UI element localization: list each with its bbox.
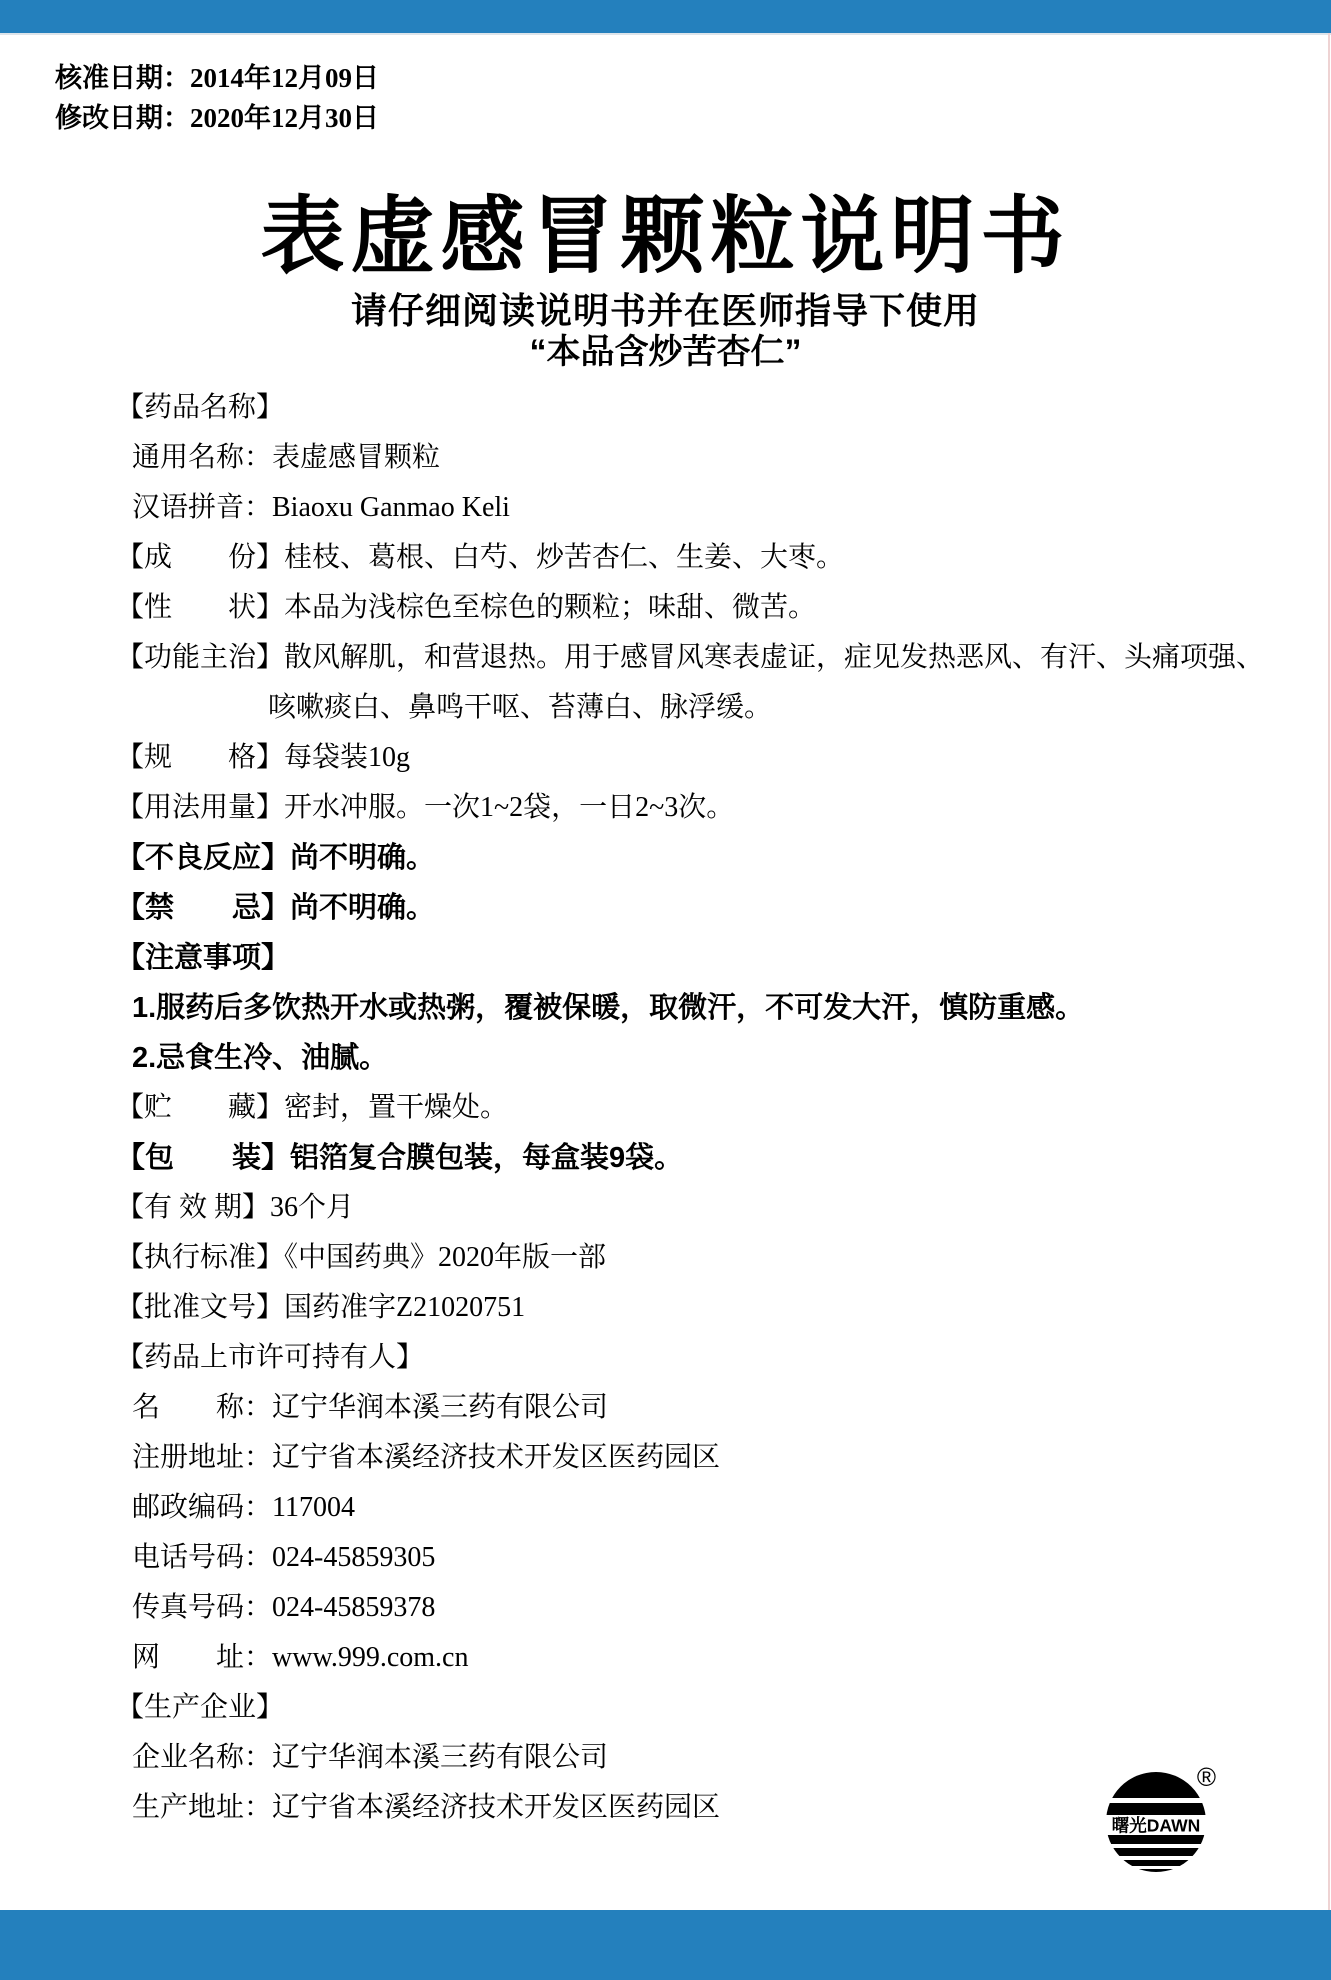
- document-body: 【药品名称】通用名称：表虚感冒颗粒汉语拼音：Biaoxu Ganmao Keli…: [0, 380, 1331, 1830]
- registered-trademark-icon: ®: [1197, 1764, 1216, 1790]
- document-line: 【贮 藏】密封，置干燥处。: [0, 1080, 1331, 1130]
- warning-quote: “本品含炒苦杏仁”: [0, 333, 1331, 371]
- document-line: 【规 格】每袋装10g: [0, 730, 1331, 780]
- logo-brand-text: 曙光DAWN: [1112, 1813, 1200, 1838]
- document-line: 【成 份】桂枝、葛根、白芍、炒苦杏仁、生姜、大枣。: [0, 530, 1331, 580]
- bottom-blue-bar: [0, 1910, 1331, 1980]
- document-line: 【药品上市许可持有人】: [0, 1330, 1331, 1380]
- document-line: 【包 装】铝箔复合膜包装，每盒装9袋。: [0, 1130, 1331, 1180]
- document-line: 【用法用量】开水冲服。一次1~2袋，一日2~3次。: [0, 780, 1331, 830]
- document-line: 汉语拼音：Biaoxu Ganmao Keli: [0, 480, 1331, 530]
- revision-date: 修改日期：2020年12月30日: [55, 100, 379, 136]
- sun-stripes-icon: 曙光DAWN: [1106, 1772, 1206, 1872]
- document-line: 传真号码：024-45859378: [0, 1580, 1331, 1630]
- document-line: 【注意事项】: [0, 930, 1331, 980]
- document-line: 【禁 忌】尚不明确。: [0, 880, 1331, 930]
- document-line: 【药品名称】: [0, 380, 1331, 430]
- leaflet-page: 核准日期：2014年12月09日 修改日期：2020年12月30日 表虚感冒颗粒…: [0, 0, 1331, 1980]
- document-line: 【性 状】本品为浅棕色至棕色的颗粒；味甜、微苦。: [0, 580, 1331, 630]
- document-line: 2.忌食生冷、油腻。: [0, 1030, 1331, 1080]
- approval-date: 核准日期：2014年12月09日: [55, 60, 379, 96]
- dawn-logo: 曙光DAWN ®: [1106, 1772, 1206, 1872]
- document-line: 【生产企业】: [0, 1680, 1331, 1730]
- document-line: 【批准文号】国药准字Z21020751: [0, 1280, 1331, 1330]
- subtitle: 请仔细阅读说明书并在医师指导下使用: [0, 291, 1331, 331]
- right-edge-artifact: [1328, 33, 1330, 1910]
- document-line: 网 址：www.999.com.cn: [0, 1630, 1331, 1680]
- document-line: 【执行标准】《中国药典》2020年版一部: [0, 1230, 1331, 1280]
- document-line: 电话号码：024-45859305: [0, 1530, 1331, 1580]
- document-line: 通用名称：表虚感冒颗粒: [0, 430, 1331, 480]
- document-line: 【有 效 期】36个月: [0, 1180, 1331, 1230]
- page-title: 表虚感冒颗粒说明书: [0, 186, 1331, 290]
- document-line: 名 称：辽宁华润本溪三药有限公司: [0, 1380, 1331, 1430]
- document-line: 【功能主治】散风解肌，和营退热。用于感冒风寒表虚证，症见发热恶风、有汗、头痛项强…: [0, 630, 1331, 680]
- document-line: 邮政编码：117004: [0, 1480, 1331, 1530]
- top-blue-bar: [0, 0, 1331, 35]
- document-line: 【不良反应】尚不明确。: [0, 830, 1331, 880]
- document-line: 咳嗽痰白、鼻鸣干呕、苔薄白、脉浮缓。: [0, 680, 1331, 730]
- document-line: 1.服药后多饮热开水或热粥，覆被保暖，取微汗，不可发大汗，慎防重感。: [0, 980, 1331, 1030]
- document-line: 注册地址：辽宁省本溪经济技术开发区医药园区: [0, 1430, 1331, 1480]
